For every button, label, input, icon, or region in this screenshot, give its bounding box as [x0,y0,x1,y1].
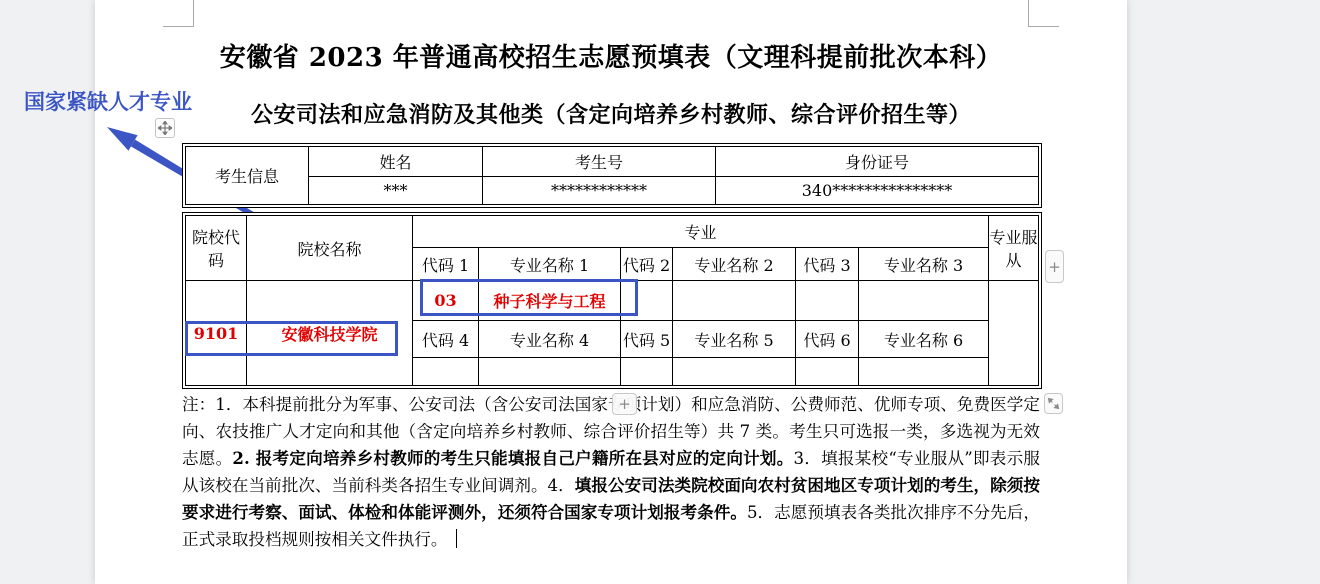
major-name-6-value-cell [859,358,989,386]
notes-rule-2: 2. 报考定向培养乡村教师的考生只能填报自己户籍所在县对应的定向计划。 [232,448,793,468]
school-code-header-cell: 院校代码 [186,216,247,281]
insert-table-plus-button[interactable]: + [612,393,637,415]
candidate-no-value-cell: ************ [483,177,716,205]
major-code-2-header-cell: 代码 2 [621,248,673,281]
page-subtitle: 公安司法和应急消防及其他类（含定向培养乡村教师、综合评价招生等） [95,98,1127,129]
major-name-3-header-cell: 专业名称 3 [859,248,989,281]
major-code-3-value-cell [796,281,859,321]
major-group-header-cell: 专业 [413,216,989,248]
name-header-cell: 姓名 [309,147,483,177]
diagonal-resize-icon [1047,397,1060,410]
notes-paragraph: 注：1．本科提前批分为军事、公安司法（含公安司法国家专项计划）和应急消防、公费师… [182,391,1040,553]
table-resize-handle[interactable] [1044,393,1063,414]
candidate-info-table: 考生信息 姓名 考生号 身份证号 *** ************ 340***… [182,143,1042,208]
major-name-3-value-cell [859,281,989,321]
four-way-arrow-icon [158,121,172,135]
major-name-5-header-cell: 专业名称 5 [673,321,796,358]
major-code-4-header-cell: 代码 4 [413,321,479,358]
school-name-header-cell: 院校名称 [247,216,413,281]
insert-column-button[interactable]: + [1045,250,1064,283]
major-code-6-header-cell: 代码 6 [796,321,859,358]
name-value-cell: *** [309,177,483,205]
major-name-1-header-cell: 专业名称 1 [479,248,621,281]
candidate-no-header-cell: 考生号 [483,147,716,177]
major-highlight-box[interactable] [420,279,638,316]
major-code-3-header-cell: 代码 3 [796,248,859,281]
major-code-4-value-cell [413,358,479,386]
school-highlight-box[interactable] [185,321,398,356]
plus-icon: + [1048,258,1061,276]
table-row: 院校代码 院校名称 专业 专业服从 [186,216,1039,248]
major-code-6-value-cell [796,358,859,386]
table-row: *** ************ 340*************** [186,177,1039,205]
major-name-4-value-cell [479,358,621,386]
major-obey-header-cell: 专业服从 [989,216,1039,281]
major-name-2-value-cell [673,281,796,321]
major-name-4-header-cell: 专业名称 4 [479,321,621,358]
major-code-5-value-cell [621,358,673,386]
major-name-6-header-cell: 专业名称 6 [859,321,989,358]
major-code-5-header-cell: 代码 5 [621,321,673,358]
table-move-handle-icon[interactable] [155,118,175,138]
annotation-label[interactable]: 国家紧缺人才专业 [24,86,192,116]
major-obey-value-cell [989,281,1039,386]
id-card-header-cell: 身份证号 [716,147,1039,177]
plus-icon: + [618,395,631,413]
crop-mark-right-horizontal [1028,26,1059,27]
page-title: 安徽省 2023 年普通高校招生志愿预填表（文理科提前批次本科） [95,37,1127,74]
major-name-5-value-cell [673,358,796,386]
major-name-2-header-cell: 专业名称 2 [673,248,796,281]
major-code-1-header-cell: 代码 1 [413,248,479,281]
table-row: 考生信息 姓名 考生号 身份证号 [186,147,1039,177]
candidate-info-header-cell: 考生信息 [186,147,309,205]
crop-mark-left-horizontal [163,26,194,27]
text-cursor [456,529,458,548]
crop-mark-right-vertical [1028,0,1029,26]
crop-mark-left-vertical [193,0,194,26]
editor-canvas: 安徽省 2023 年普通高校招生志愿预填表（文理科提前批次本科） 公安司法和应急… [0,0,1320,584]
id-card-value-cell: 340*************** [716,177,1039,205]
